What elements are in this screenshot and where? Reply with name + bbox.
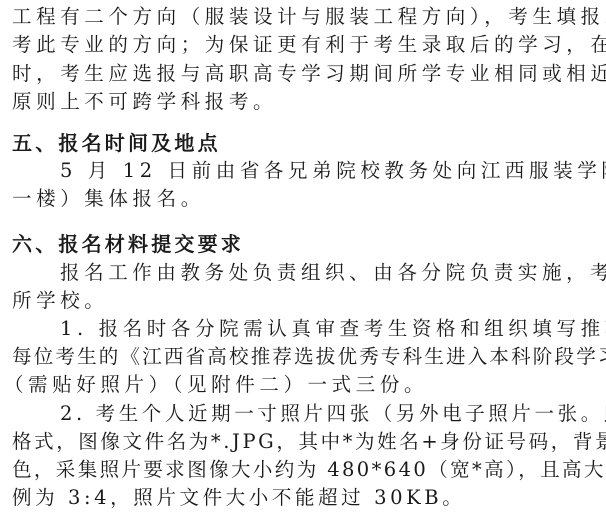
item-2-line-2: 格式，图像文件名为*.JPG，其中*为姓名+身份证号码，背景要求是浅蓝: [12, 428, 606, 456]
section-6-intro-line-1: 报名工作由教务处负责组织、由各分院负责实施，考生只能报考一: [60, 259, 606, 287]
section-6-heading: 六、报名材料提交要求: [12, 230, 244, 258]
item-1-line-2: 每位考生的《江西省高校推荐选拔优秀专科生进入本科阶段学习登记表》: [12, 343, 606, 371]
intro-line-1: 工程有二个方向（服装设计与服装工程方向），考生填报志愿时请注明报: [12, 3, 606, 31]
intro-line-4: 原则上不可跨学科报考。: [12, 88, 277, 116]
item-2-line-3: 色，采集照片要求图像大小约为 480*640（宽*高），且高大于宽，宽高比: [12, 456, 606, 484]
section-5-line-2: 一楼）集体报名。: [12, 185, 205, 213]
item-2-line-1: 2. 考生个人近期一寸照片四张（另外电子照片一张。照片要求是 jpg: [60, 400, 606, 428]
item-1-line-3: （需贴好照片）（见附件二）一式三份。: [4, 371, 428, 399]
section-5-heading: 五、报名时间及地点: [12, 129, 221, 157]
section-5-line-1: 5 月 12 日前由省各兄弟院校教务处向江西服装学院教务处（行政楼: [60, 157, 606, 185]
item-2-line-4: 例为 3:4，照片文件大小不能超过 30KB。: [12, 484, 465, 512]
item-1-line-1: 1. 报名时各分院需认真审查考生资格和组织填写推荐选拔登记表，: [60, 315, 606, 343]
intro-line-2: 考此专业的方向；为保证更有利于考生录取后的学习，在填报专业志愿: [12, 31, 606, 59]
section-6-intro-line-2: 所学校。: [12, 287, 108, 315]
intro-line-3: 时，考生应选报与高职高专学习期间所学专业相同或相近的本科专业，: [12, 60, 606, 88]
